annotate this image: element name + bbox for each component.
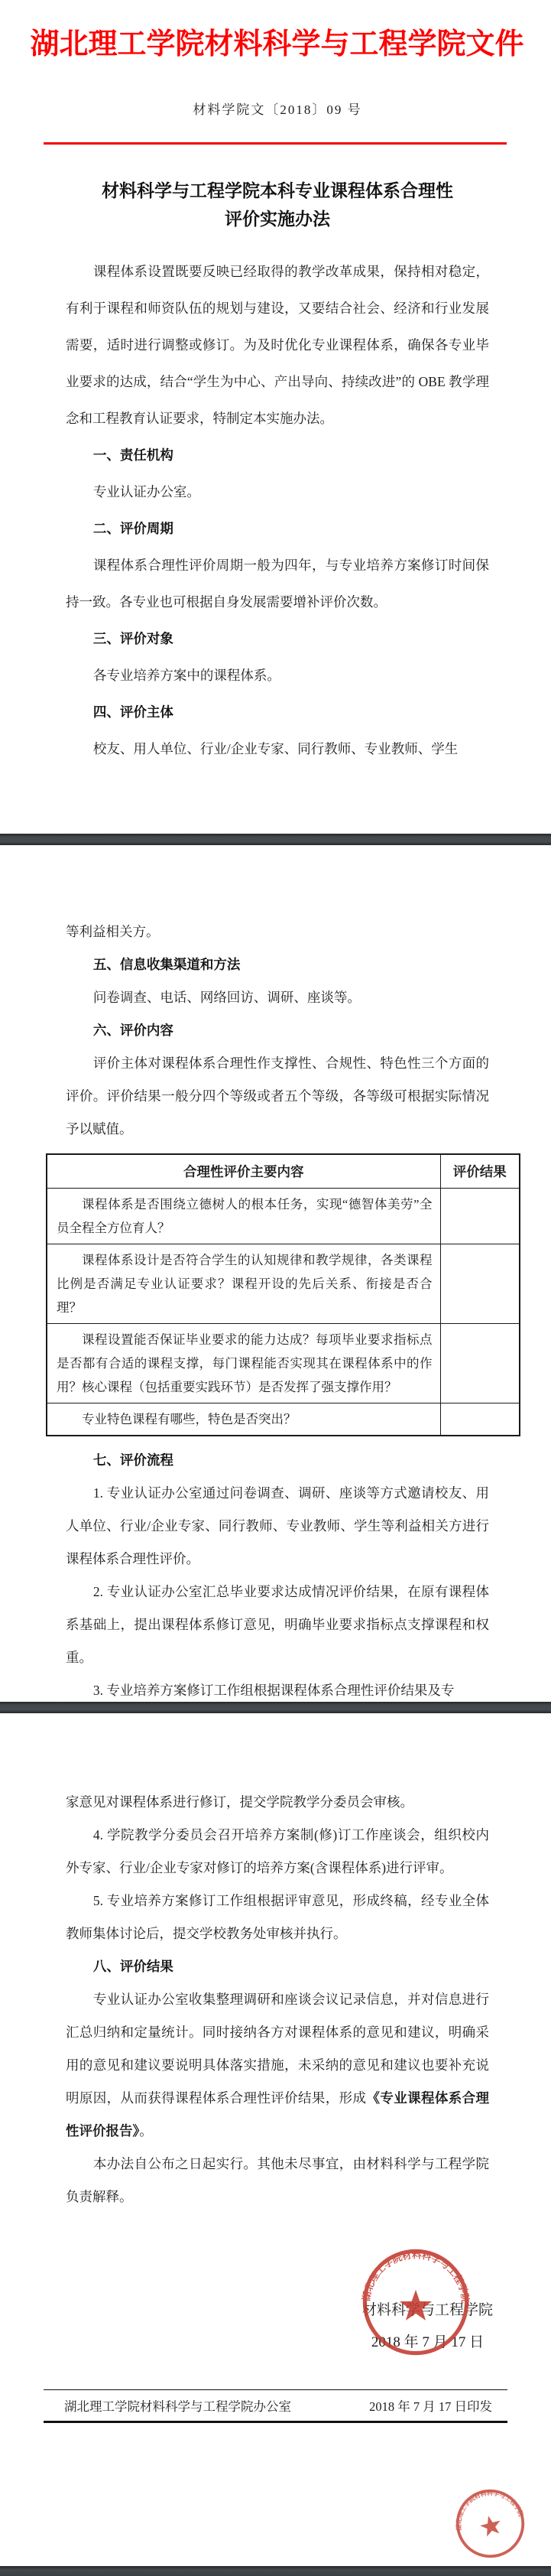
page-3-body: 家意见对课程体系进行修订，提交学院教学分委员会审核。 4. 学院教学分委员会召开… bbox=[66, 1786, 489, 2213]
section-body-cycle: 课程体系合理性评价周期一般为四年，与专业培养方案修订时间保持一致。各专业也可根据… bbox=[66, 547, 489, 620]
document-title: 材料科学与工程学院本科专业课程体系合理性 评价实施办法 bbox=[66, 177, 489, 233]
page-separator-1 bbox=[0, 834, 551, 845]
flow-step-3: 3. 专业培养方案修订工作组根据课程体系合理性评价结果及专 bbox=[66, 1674, 489, 1702]
result-paragraph: 专业认证办公室收集整理调研和座谈会议记录信息，并对信息进行汇总归纳和定量统计。同… bbox=[66, 1983, 489, 2148]
signature-date: 2018 年 7 月 17 日 bbox=[362, 2327, 493, 2359]
signature-block: 材料科学与工程学院 2018 年 7 月 17 日 bbox=[362, 2295, 493, 2359]
table-header-row: 合理性评价主要内容 评价结果 bbox=[47, 1154, 520, 1189]
question-cell: 课程设置能否保证毕业要求的能力达成？每项毕业要求指标点是否都有合适的课程支撑，每… bbox=[47, 1324, 440, 1403]
result-cell bbox=[440, 1403, 520, 1436]
question-cell: 课程体系设计是否符合学生的认知规律和教学规律，各类课程比例是否满足专业认证要求？… bbox=[47, 1244, 440, 1324]
result-paragraph-period: 。 bbox=[139, 2123, 153, 2139]
table-row: 专业特色课程有哪些，特色是否突出？ bbox=[47, 1403, 520, 1436]
flow-step-2: 2. 专业认证办公室汇总毕业要求达成情况评价结果，在原有课程体系基础上，提出课程… bbox=[66, 1576, 489, 1674]
section-body-content: 评价主体对课程体系合理性作支撑性、合规性、特色性三个方面的评价。评价结果一般分四… bbox=[66, 1047, 489, 1146]
secondary-seal-text: 湖北理工学院材料科学与工程学院 bbox=[447, 2481, 526, 2534]
secondary-star-icon bbox=[478, 2513, 504, 2538]
flow-step-5: 5. 专业培养方案修订工作组根据评审意见，形成终稿，经专业全体教师集体讨论后，提… bbox=[66, 1885, 489, 1950]
page-2-body: 等利益相关方。 五、信息收集渠道和方法 问卷调查、电话、网络回访、调研、座谈等。… bbox=[66, 916, 489, 1702]
result-cell bbox=[440, 1189, 520, 1244]
page-2: 等利益相关方。 五、信息收集渠道和方法 问卷调查、电话、网络回访、调研、座谈等。… bbox=[0, 845, 551, 1702]
signature-name: 材料科学与工程学院 bbox=[362, 2295, 493, 2327]
section-heading-flow: 七、评价流程 bbox=[66, 1444, 489, 1477]
page-3: 家意见对课程体系进行修订，提交学院教学分委员会审核。 4. 学院教学分委员会召开… bbox=[0, 1713, 551, 2566]
document-viewer: 湖北理工学院材料科学与工程学院文件 材料学院文〔2018〕09 号 材料科学与工… bbox=[0, 0, 551, 2576]
red-divider bbox=[44, 142, 507, 145]
table-row: 课程体系是否围绕立德树人的根本任务，实现“德智体美劳”全员全程全方位育人？ bbox=[47, 1189, 520, 1244]
section-body-responsibility: 专业认证办公室。 bbox=[66, 473, 489, 510]
result-paragraph-text: 专业认证办公室收集整理调研和座谈会议记录信息，并对信息进行汇总归纳和定量统计。同… bbox=[66, 1992, 489, 2106]
section-heading-responsibility: 一、责任机构 bbox=[66, 437, 489, 473]
result-cell bbox=[440, 1244, 520, 1324]
section-heading-content: 六、评价内容 bbox=[66, 1014, 489, 1047]
table-header-result: 评价结果 bbox=[440, 1154, 520, 1189]
rationality-evaluation-table: 合理性评价主要内容 评价结果 课程体系是否围绕立德树人的根本任务，实现“德智体美… bbox=[46, 1153, 520, 1436]
doc-title-line-1: 材料科学与工程学院本科专业课程体系合理性 bbox=[102, 181, 453, 200]
section-heading-result: 八、评价结果 bbox=[66, 1950, 489, 1983]
flow-step-1: 1. 专业认证办公室通过问卷调查、调研、座谈等方式邀请校友、用人单位、行业/企业… bbox=[66, 1477, 489, 1576]
section-body-channels: 问卷调查、电话、网络回访、调研、座谈等。 bbox=[66, 981, 489, 1014]
flow-step-4: 4. 学院教学分委员会召开培养方案制(修)订工作座谈会，组织校内外专家、行业/企… bbox=[66, 1819, 489, 1885]
page-1: 湖北理工学院材料科学与工程学院文件 材料学院文〔2018〕09 号 材料科学与工… bbox=[0, 0, 551, 834]
table-header-content: 合理性评价主要内容 bbox=[47, 1154, 440, 1189]
result-cell bbox=[440, 1324, 520, 1403]
footer-issuer: 湖北理工学院材料科学与工程学院办公室 bbox=[64, 2396, 291, 2415]
section-heading-cycle: 二、评价周期 bbox=[66, 510, 489, 547]
question-cell: 专业特色课程有哪些，特色是否突出？ bbox=[47, 1403, 440, 1436]
secondary-seal-ring bbox=[451, 2484, 530, 2564]
carryover-paragraph: 等利益相关方。 bbox=[66, 916, 489, 948]
section-heading-object: 三、评价对象 bbox=[66, 620, 489, 657]
table-row: 课程体系设计是否符合学生的认知规律和教学规律，各类课程比例是否满足专业认证要求？… bbox=[47, 1244, 520, 1324]
svg-text:湖北理工学院材料科学与工程学院: 湖北理工学院材料科学与工程学院 bbox=[447, 2481, 526, 2534]
page-separator-2 bbox=[0, 1702, 551, 1713]
page-1-body: 课程体系设置既要反映已经取得的教学改革成果，保持相对稳定，有利于课程和师资队伍的… bbox=[66, 253, 489, 767]
footer-imprint: 湖北理工学院材料科学与工程学院办公室 2018 年 7 月 17 日印发 bbox=[44, 2389, 507, 2423]
footer-print-date: 2018 年 7 月 17 日印发 bbox=[369, 2396, 492, 2415]
question-cell: 课程体系是否围绕立德树人的根本任务，实现“德智体美劳”全员全程全方位育人？ bbox=[47, 1189, 440, 1244]
doc-title-line-2: 评价实施办法 bbox=[225, 209, 330, 229]
secondary-seal: 湖北理工学院材料科学与工程学院 bbox=[446, 2480, 534, 2566]
section-body-subject: 校友、用人单位、行业/企业专家、同行教师、专业教师、学生 bbox=[66, 730, 489, 767]
doc-number: 材料学院文〔2018〕09 号 bbox=[66, 99, 489, 118]
bottom-page-separator bbox=[0, 2566, 551, 2576]
closing-paragraph: 本办法自公布之日起实行。其他未尽事宜，由材料科学与工程学院负责解释。 bbox=[66, 2148, 489, 2213]
carryover-paragraph-2: 家意见对课程体系进行修订，提交学院教学分委员会审核。 bbox=[66, 1786, 489, 1819]
section-heading-channels: 五、信息收集渠道和方法 bbox=[66, 948, 489, 981]
table-row: 课程设置能否保证毕业要求的能力达成？每项毕业要求指标点是否都有合适的课程支撑，每… bbox=[47, 1324, 520, 1403]
letterhead-title: 湖北理工学院材料科学与工程学院文件 bbox=[29, 20, 525, 62]
intro-paragraph: 课程体系设置既要反映已经取得的教学改革成果，保持相对稳定，有利于课程和师资队伍的… bbox=[66, 253, 489, 437]
section-heading-subject: 四、评价主体 bbox=[66, 694, 489, 730]
section-body-object: 各专业培养方案中的课程体系。 bbox=[66, 657, 489, 694]
